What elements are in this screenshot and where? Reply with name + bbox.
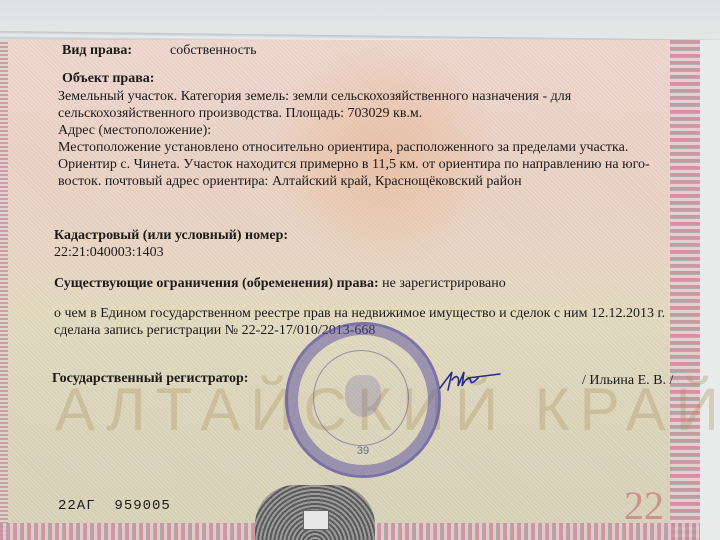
serial-digits: 959005 bbox=[114, 498, 170, 514]
object-label: Объект права: bbox=[62, 70, 154, 87]
signature bbox=[438, 364, 508, 394]
restrictions-label: Существующие ограничения (обременения) п… bbox=[54, 276, 379, 291]
restrictions-value: не зарегистрировано bbox=[382, 276, 506, 291]
hologram-emblem-icon bbox=[303, 510, 329, 530]
cadastral-label: Кадастровый (или условный) номер: bbox=[54, 227, 288, 244]
object-description: Земельный участок. Категория земель: зем… bbox=[58, 88, 678, 122]
object-block: Земельный участок. Категория земель: зем… bbox=[58, 88, 678, 190]
right-type-label: Вид права: bbox=[62, 42, 132, 59]
official-stamp: 39 bbox=[285, 322, 441, 478]
address-value: Местоположение установлено относительно … bbox=[58, 139, 678, 190]
stamp-number: 39 bbox=[288, 445, 438, 457]
double-headed-eagle-icon bbox=[345, 375, 381, 417]
page-margin bbox=[700, 40, 720, 540]
registrar-name: / Ильина Е. В. / bbox=[582, 372, 673, 389]
left-guilloche-border bbox=[0, 40, 8, 540]
cadastral-number: 22:21:040003:1403 bbox=[54, 244, 164, 261]
serial-number: 22АГ 959005 bbox=[58, 498, 171, 515]
registrar-label: Государственный регистратор: bbox=[52, 370, 248, 387]
region-code: 22 bbox=[624, 486, 664, 526]
serial-series: 22АГ bbox=[58, 498, 96, 514]
address-label: Адрес (местоположение): bbox=[58, 122, 678, 139]
security-hologram bbox=[255, 485, 375, 540]
restrictions-line: Существующие ограничения (обременения) п… bbox=[54, 275, 506, 292]
right-type-value: собственность bbox=[170, 42, 256, 59]
